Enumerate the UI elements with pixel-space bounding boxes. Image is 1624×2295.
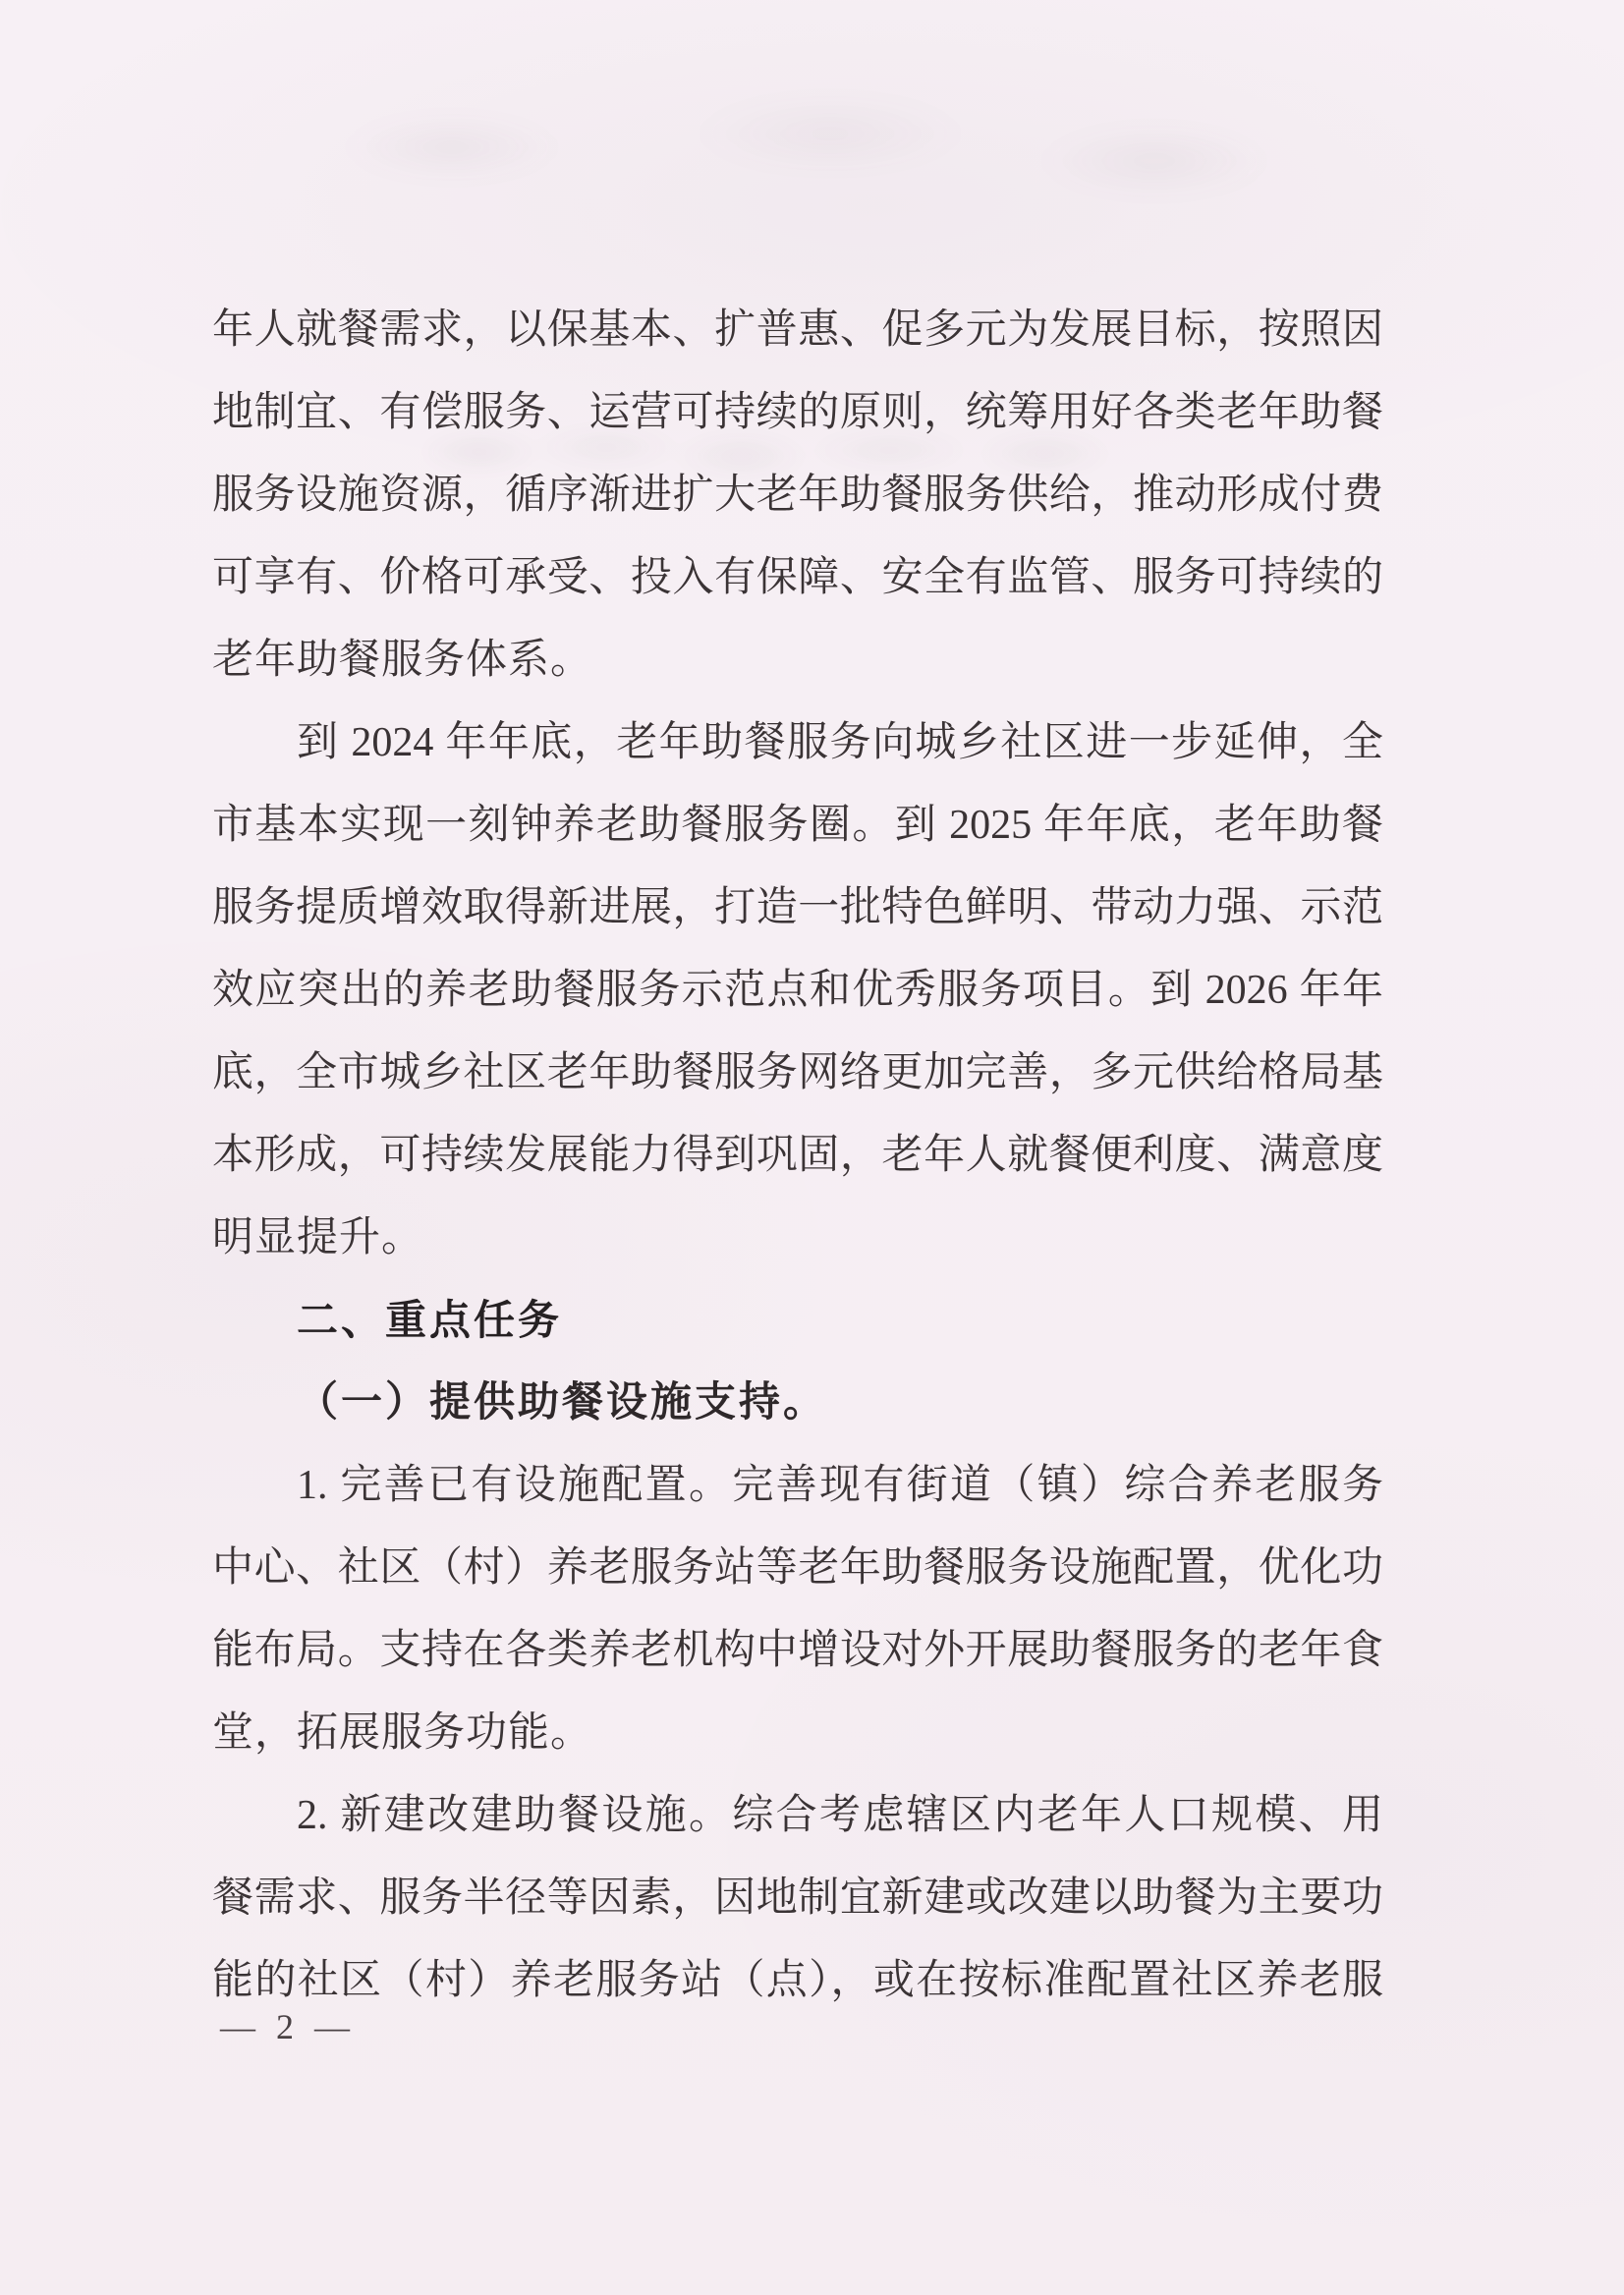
text-line-8: 服务提质增效取得新进展，打造一批特色鲜明、带动力强、示范	[212, 867, 1383, 949]
text-line-21: 能的社区（村）养老服务站（点），或在按标准配置社区养老服	[212, 1939, 1383, 2022]
document-page: 年人就餐需求，以保基本、扩普惠、促多元为发展目标，按照因地制宜、有偿服务、运营可…	[0, 0, 1624, 2295]
text-line-11: 本形成，可持续发展能力得到巩固，老年人就餐便利度、满意度	[212, 1114, 1383, 1197]
text-line-6: 到 2024 年年底，老年助餐服务向城乡社区进一步延伸，全	[212, 701, 1383, 784]
text-line-16: 中心、社区（村）养老服务站等老年助餐服务设施配置，优化功	[212, 1527, 1383, 1609]
text-line-7: 市基本实现一刻钟养老助餐服务圈。到 2025 年年底，老年助餐	[212, 784, 1383, 867]
text-line-14: （一）提供助餐设施支持。	[212, 1362, 1383, 1444]
text-line-15: 1. 完善已有设施配置。完善现有街道（镇）综合养老服务	[212, 1444, 1383, 1527]
text-line-12: 明显提升。	[212, 1197, 1383, 1279]
text-line-10: 底，全市城乡社区老年助餐服务网络更加完善，多元供给格局基	[212, 1032, 1383, 1114]
text-line-9: 效应突出的养老助餐服务示范点和优秀服务项目。到 2026 年年	[212, 949, 1383, 1032]
text-line-5: 老年助餐服务体系。	[212, 619, 1383, 701]
scan-artifact-top	[236, 79, 1316, 216]
text-line-20: 餐需求、服务半径等因素，因地制宜新建或改建以助餐为主要功	[212, 1857, 1383, 1939]
page-number: — 2 —	[220, 2006, 356, 2047]
text-line-13: 二、重点任务	[212, 1279, 1383, 1362]
document-text-block: 年人就餐需求，以保基本、扩普惠、促多元为发展目标，按照因地制宜、有偿服务、运营可…	[212, 289, 1383, 2022]
text-line-17: 能布局。支持在各类养老机构中增设对外开展助餐服务的老年食	[212, 1609, 1383, 1692]
text-line-4: 可享有、价格可承受、投入有保障、安全有监管、服务可持续的	[212, 536, 1383, 619]
text-line-18: 堂，拓展服务功能。	[212, 1692, 1383, 1774]
text-line-3: 服务设施资源，循序渐进扩大老年助餐服务供给，推动形成付费	[212, 454, 1383, 536]
text-line-2: 地制宜、有偿服务、运营可持续的原则，统筹用好各类老年助餐	[212, 371, 1383, 454]
text-line-19: 2. 新建改建助餐设施。综合考虑辖区内老年人口规模、用	[212, 1774, 1383, 1857]
text-line-1: 年人就餐需求，以保基本、扩普惠、促多元为发展目标，按照因	[212, 289, 1383, 371]
